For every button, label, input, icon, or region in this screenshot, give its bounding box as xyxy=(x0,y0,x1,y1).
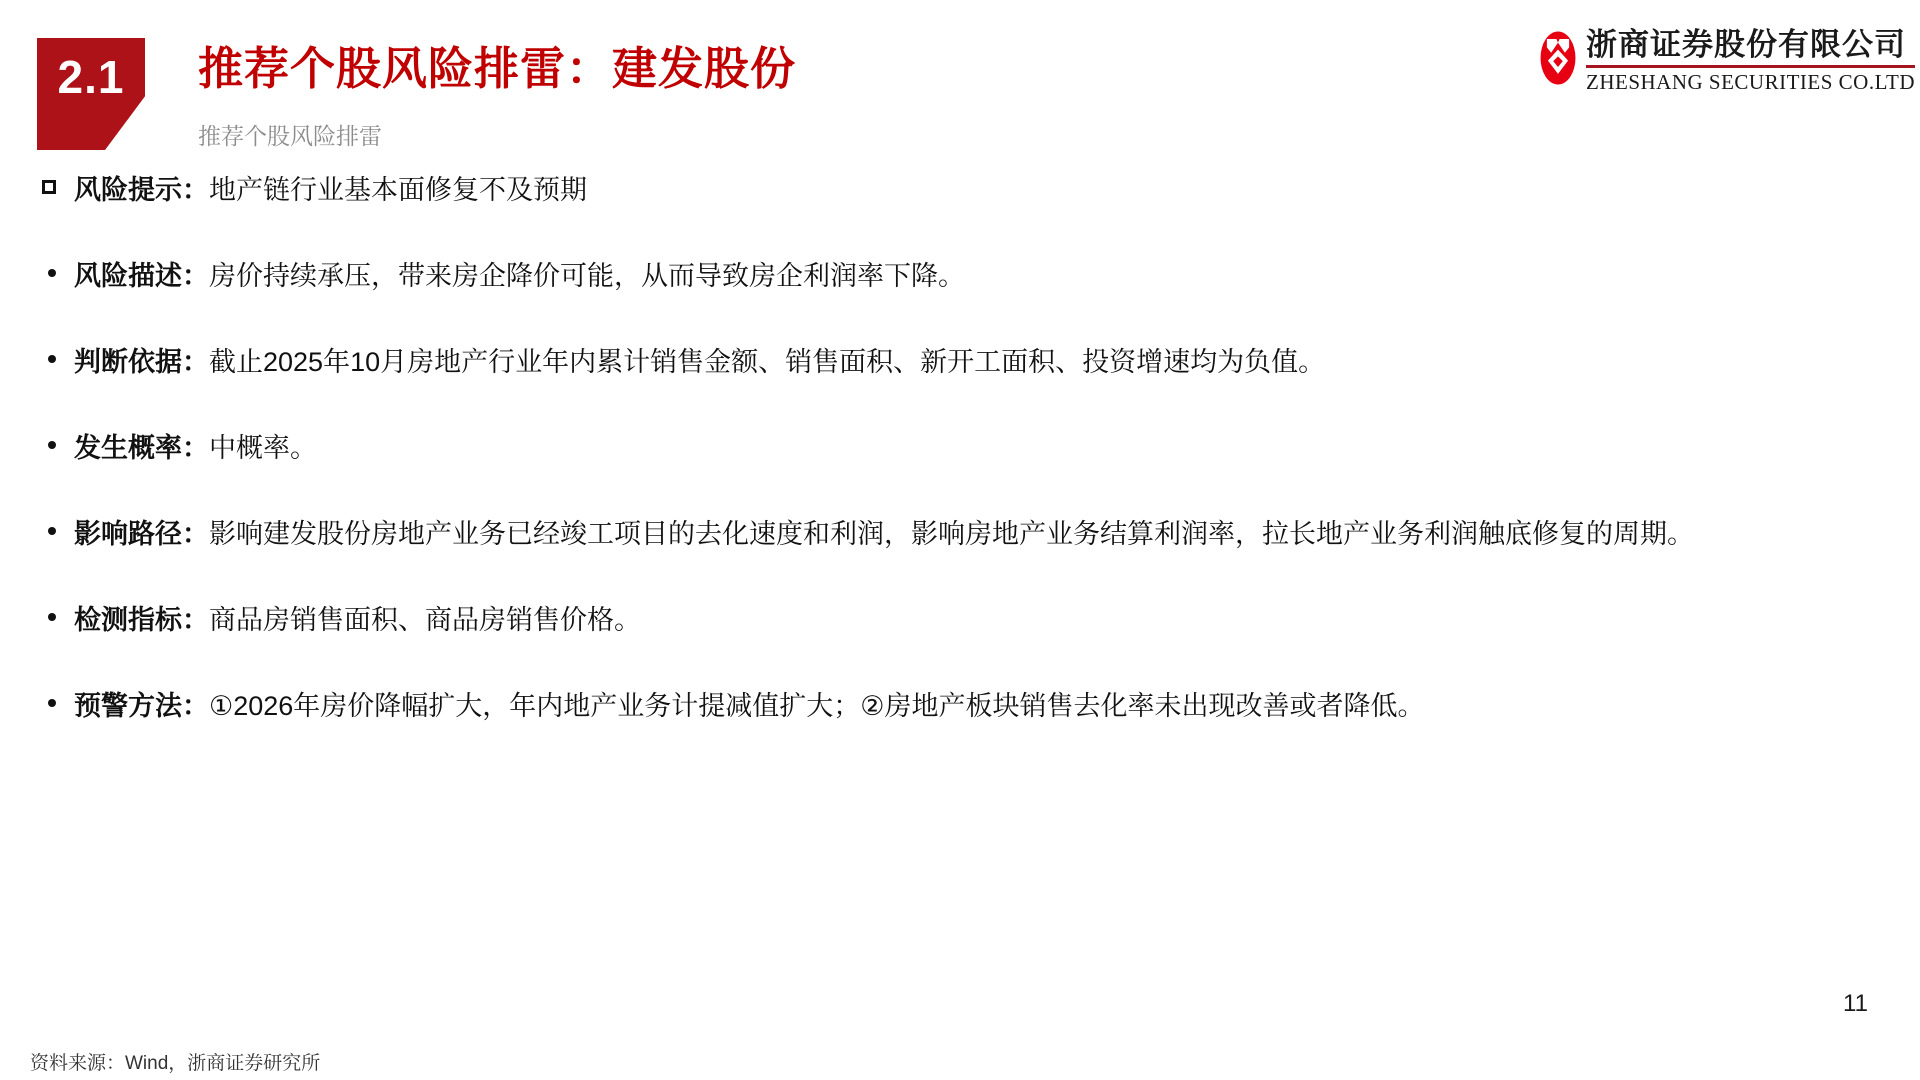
list-item-probability: 发生概率：中概率。 xyxy=(40,426,1880,464)
risk-bullet-list: 风险提示：地产链行业基本面修复不及预期 风险描述：房价持续承压，带来房企降价可能… xyxy=(40,168,1880,770)
dot-bullet-icon xyxy=(40,527,74,535)
square-bullet-icon xyxy=(40,180,74,194)
bullet-value: 商品房销售面积、商品房销售价格。 xyxy=(209,605,641,635)
list-item-judgement-basis: 判断依据：截止2025年10月房地产行业年内累计销售金额、销售面积、新开工面积、… xyxy=(40,340,1880,378)
list-item-early-warning-method: 预警方法：①2026年房价降幅扩大，年内地产业务计提减值扩大；②房地产板块销售去… xyxy=(40,684,1880,722)
list-item-risk-description: 风险描述：房价持续承压，带来房企降价可能，从而导致房企利润率下降。 xyxy=(40,254,1880,292)
bullet-label: 发生概率： xyxy=(74,433,209,463)
bullet-label: 判断依据： xyxy=(74,347,209,377)
bullet-value: 影响建发股份房地产业务已经竣工项目的去化速度和利润，影响房地产业务结算利润率，拉… xyxy=(209,519,1694,549)
zheshang-knot-icon xyxy=(1540,30,1576,86)
bullet-value: 房价持续承压，带来房企降价可能，从而导致房企利润率下降。 xyxy=(209,261,965,291)
dot-bullet-icon xyxy=(40,699,74,707)
bullet-label: 风险描述： xyxy=(74,261,209,291)
dot-bullet-icon xyxy=(40,441,74,449)
page-number: 11 xyxy=(1843,990,1868,1018)
bullet-label: 影响路径： xyxy=(74,519,209,549)
slide: 2.1 推荐个股风险排雷：建发股份 推荐个股风险排雷 浙商证券股份有限公司 ZH… xyxy=(0,0,1920,1080)
dot-bullet-icon xyxy=(40,355,74,363)
bullet-value: ①2026年房价降幅扩大，年内地产业务计提减值扩大；②房地产板块销售去化率未出现… xyxy=(209,691,1424,721)
page-subtitle: 推荐个股风险排雷 xyxy=(198,118,1398,151)
list-item-impact-path: 影响路径：影响建发股份房地产业务已经竣工项目的去化速度和利润，影响房地产业务结算… xyxy=(40,512,1880,550)
page-title: 推荐个股风险排雷：建发股份 xyxy=(198,40,1398,98)
logo-underline xyxy=(1586,65,1915,68)
bullet-value: 截止2025年10月房地产行业年内累计销售金额、销售面积、新开工面积、投资增速均… xyxy=(209,347,1325,377)
bullet-value: 中概率。 xyxy=(209,433,317,463)
bullet-value: 地产链行业基本面修复不及预期 xyxy=(209,175,587,205)
company-name-cn: 浙商证券股份有限公司 xyxy=(1586,28,1915,62)
section-number-badge: 2.1 xyxy=(37,38,145,150)
header: 推荐个股风险排雷：建发股份 推荐个股风险排雷 xyxy=(198,40,1398,151)
bullet-label: 预警方法： xyxy=(74,691,209,721)
data-source-note: 资料来源：Wind，浙商证券研究所 xyxy=(30,1048,320,1075)
company-name-block: 浙商证券股份有限公司 ZHESHANG SECURITIES CO.LTD xyxy=(1586,28,1915,94)
company-logo: 浙商证券股份有限公司 ZHESHANG SECURITIES CO.LTD xyxy=(1540,28,1915,94)
dot-bullet-icon xyxy=(40,613,74,621)
bullet-label: 检测指标： xyxy=(74,605,209,635)
list-item-monitoring-indicators: 检测指标：商品房销售面积、商品房销售价格。 xyxy=(40,598,1880,636)
list-item-risk-alert: 风险提示：地产链行业基本面修复不及预期 xyxy=(40,168,1880,206)
dot-bullet-icon xyxy=(40,269,74,277)
bullet-label: 风险提示： xyxy=(74,175,209,205)
company-name-en: ZHESHANG SECURITIES CO.LTD xyxy=(1586,70,1915,94)
